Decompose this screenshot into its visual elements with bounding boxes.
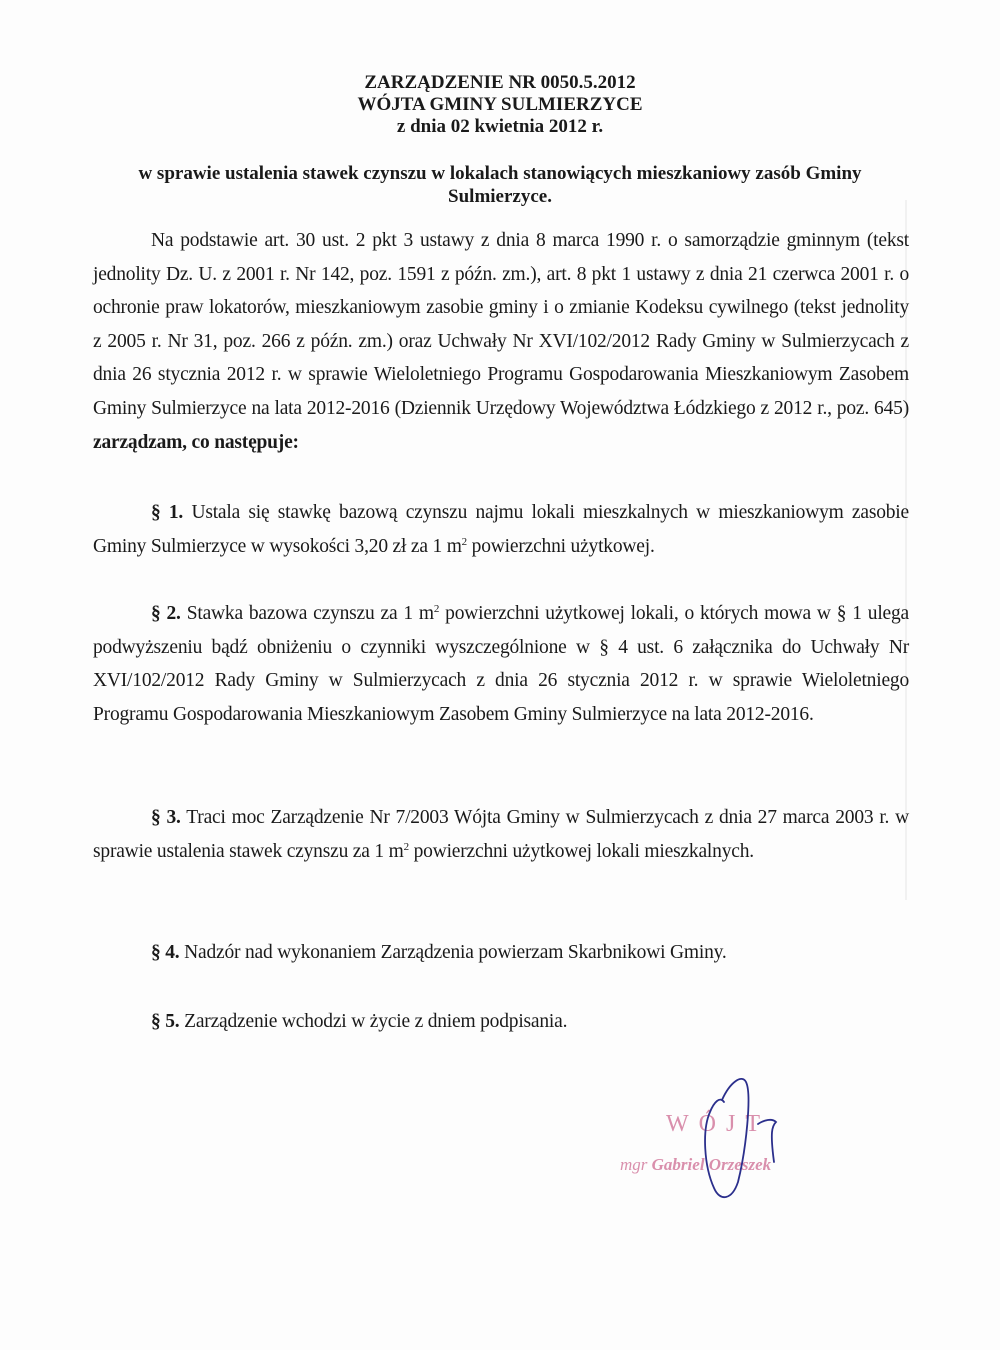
document-number: ZARZĄDZENIE NR 0050.5.2012 (0, 72, 1000, 94)
section-4-text: Nadzór nad wykonaniem Zarządzenia powier… (184, 942, 726, 963)
document-subject: w sprawie ustalenia stawek czynszu w lok… (92, 162, 908, 208)
preamble: Na podstawie art. 30 ust. 2 pkt 3 ustawy… (93, 224, 909, 459)
section-2-label: § 2. (151, 603, 181, 624)
superscript: 2 (434, 603, 439, 615)
issuer: WÓJTA GMINY SULMIERZYCE (0, 94, 1000, 116)
section-2: § 2. Stawka bazowa czynszu za 1 m2 powie… (93, 597, 909, 731)
document-page: ZARZĄDZENIE NR 0050.5.2012 WÓJTA GMINY S… (0, 0, 1000, 1350)
section-1-label: § 1. (151, 502, 183, 523)
subject-line-2: Sulmierzyce. (92, 185, 908, 208)
section-2-text: Stawka bazowa czynszu za 1 m (187, 603, 434, 624)
superscript: 2 (404, 841, 409, 853)
section-1-text-end: powierzchni użytkowej. (472, 536, 655, 557)
handwritten-signature-icon (680, 1070, 810, 1205)
section-5-label: § 5. (151, 1011, 179, 1032)
superscript: 2 (462, 536, 467, 548)
section-3-label: § 3. (151, 807, 181, 828)
section-1: § 1. Ustala się stawkę bazową czynszu na… (93, 496, 909, 563)
stamp-name-prefix: mgr (620, 1155, 647, 1174)
preamble-text: Na podstawie art. 30 ust. 2 pkt 3 ustawy… (93, 230, 909, 419)
section-3-text-end: powierzchni użytkowej lokali mieszkalnyc… (414, 841, 754, 862)
subject-line-1: w sprawie ustalenia stawek czynszu w lok… (92, 162, 908, 185)
preamble-decree: zarządzam, co następuje: (93, 432, 299, 453)
section-5-text: Zarządzenie wchodzi w życie z dniem podp… (184, 1011, 567, 1032)
section-4-label: § 4. (151, 942, 179, 963)
section-4: § 4. Nadzór nad wykonaniem Zarządzenia p… (93, 936, 909, 970)
section-5: § 5. Zarządzenie wchodzi w życie z dniem… (93, 1005, 909, 1039)
document-date: z dnia 02 kwietnia 2012 r. (0, 116, 1000, 138)
section-3: § 3. Traci moc Zarządzenie Nr 7/2003 Wój… (93, 801, 909, 868)
document-header: ZARZĄDZENIE NR 0050.5.2012 WÓJTA GMINY S… (0, 72, 1000, 138)
